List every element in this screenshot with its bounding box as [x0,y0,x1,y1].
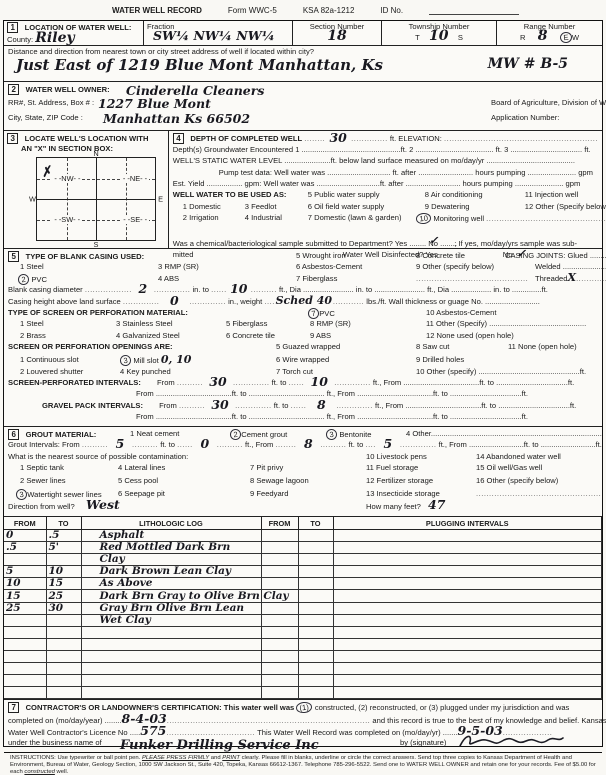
gi-d8: .............. [400,440,437,449]
business-name-value: Funker Drilling Service Inc [120,738,319,753]
screen-opt-6: 6 Concrete tile [226,331,275,340]
cell-to2 [298,663,333,675]
cell-plugging [333,578,602,590]
section4-num: 4 [173,133,184,144]
feet-label: How many feet? [366,502,421,511]
spi-blank-line: From ...................................… [8,389,598,400]
cell-from2 [261,554,298,566]
diam-value2: 10 [230,284,247,293]
spi-from-word: From [157,378,175,387]
table-row: 1525Dark Brn Gray to Olive Brn Clay [4,590,602,602]
township-t: T [415,33,420,42]
gpi-value1: 30 [211,400,228,409]
cell-to [46,626,81,638]
threaded-dots: .............. [576,274,606,283]
section1-location-row: 1 LOCATION OF WATER WELL: County: Riley … [4,21,602,45]
cell-to-value: 25 [49,590,64,602]
cell-to: 25 [46,590,81,602]
cert-line2-dots: ........................................… [167,716,371,725]
section7-num: 7 [8,702,19,713]
casing-opt-5: 5 Wrought iron [296,251,346,260]
cell-from2 [261,663,298,675]
cell-plugging [333,663,602,675]
contam-opt-6: 6 Seepage pit [118,489,165,498]
well-x-mark: ✗ [40,166,53,178]
casing-opt-6: 6 Asbestos-Cement [296,262,362,271]
table-header-row: FROM TO LITHOLOGIC LOG FROM TO PLUGGING … [4,517,602,530]
cell-to: .5 [46,530,81,542]
gi-d5: ........ [275,440,296,449]
grout-opt-2-label: Cement grout [241,430,287,439]
cell-from-value: 0 [6,529,13,541]
use-opt-12: 12 Other (Specify below) [525,202,606,211]
header-to: TO [46,517,81,530]
sample-no-check: ✓ [429,234,438,247]
instructions-p4: well. [55,769,68,775]
cell-plugging [333,530,602,542]
cell-litho-value: Dark Brn Gray to Olive Brn Clay [84,593,289,600]
contam-opt-10: 10 Livestock pens [366,452,427,461]
cell-litho [81,687,261,699]
contam-opt-7: 7 Pit privy [250,463,283,472]
height-d4: ............ [333,297,364,306]
contam-opt-16: 16 Other (specify below) [476,476,558,485]
section-number-value: 18 [327,28,346,44]
table-row [4,663,602,675]
gi-d7: .... [365,440,375,449]
cell-litho-value: Clay [84,556,125,563]
gpi-blank-line: From ...................................… [8,412,598,423]
threaded-x-mark: X [568,271,577,284]
cell-to [46,614,81,626]
diam-value1: 2 [138,284,147,293]
board-line2: Application Number: [491,113,559,122]
grout-opt-3-label: Bentonite [339,430,371,439]
cell-from2 [261,638,298,650]
cell-from2 [261,578,298,590]
cell-to-value: .5 [49,529,60,541]
screen-opt-12: 12 None used (open hole) [426,331,514,340]
form-ksa: KSA 82a-1212 [303,6,355,15]
diam-label: Blank casing diameter [8,285,83,294]
gpi-to-word: ft. to [274,401,289,410]
range-w: W [572,33,579,42]
township-value: 10 [422,31,456,41]
use-opt-9: 9 Dewatering [425,202,470,211]
cell-to2 [298,578,333,590]
cell-litho [81,638,261,650]
cell-plugging [333,638,602,650]
cell-from: 15 [4,590,46,602]
spi-to-word: ft. to [272,378,287,387]
cell-litho-value: Gray Brn Olive Brn Lean [84,605,245,612]
grout-title: GROUT MATERIAL: [26,430,97,439]
cell-from-value: 5 [6,565,13,577]
cell-from: 0 [4,530,46,542]
openings-opt-8: 8 Saw cut [416,342,449,351]
contam-dots: ........................................… [476,489,601,498]
fraction-value: SW¼ NW¼ NW¼ [153,28,275,43]
cell-plugging [333,554,602,566]
screen-opt-7-label: PVC [319,309,335,318]
elevation-dots: ........................................… [444,134,598,143]
cell-plugging [333,602,602,614]
cell-to-value: 15 [49,577,64,589]
compass-n: N [93,149,98,158]
use-opt-10-circled: 10 [415,212,432,225]
table-row: 510Dark Brown Lean Clay [4,566,602,578]
cell-to: 10 [46,566,81,578]
contamination-title: What is the nearest source of possible c… [8,452,188,461]
township-s: S [458,33,463,42]
header-to-2: TO [298,517,333,530]
form-number: Form WWC-5 [228,6,277,15]
casing-opt-2-circled: 2 [17,273,29,285]
cell-litho-value: Asphalt [84,532,145,539]
est-yield-line: Est. Yield ................. gpm: Well w… [173,179,598,190]
static-level-line: WELL'S STATIC WATER LEVEL ..............… [173,156,598,167]
section5-num: 5 [8,251,19,262]
cell-litho: Dark Brown Lean Clay [81,566,261,578]
table-row: 2530Gray Brn Olive Brn Lean [4,602,602,614]
form-title: WATER WELL RECORD [112,6,202,15]
spi-d1: .......... [177,378,203,387]
spi-value1: 30 [209,377,226,386]
screen-opt-2: 2 Brass [20,331,46,340]
cell-litho: Wet Clay [81,614,261,626]
table-row: .55'Red Mottled Dark Brn [4,542,602,554]
cell-litho: As Above [81,578,261,590]
casing-opt-4: 4 ABS [158,274,179,283]
range-r: R [520,33,525,42]
form-sheet: 1 LOCATION OF WATER WELL: County: Riley … [3,20,603,747]
depth-label: DEPTH OF COMPLETED WELL [190,134,302,143]
cell-from-value: 25 [6,602,21,614]
cell-litho: Gray Brn Olive Brn Lean [81,602,261,614]
cell-from [4,554,46,566]
section3-number: 3 [7,133,18,144]
distance-label: Distance and direction from nearest town… [8,47,314,56]
cell-from2 [261,602,298,614]
header-from: FROM [4,517,46,530]
cell-to [46,554,81,566]
openings-opt-3-circled: 3 [119,355,131,367]
distance-value: Just East of 1219 Blue Mont Manhattan, K… [16,56,383,74]
contam-opt-4: 4 Lateral lines [118,463,165,472]
contam-opt-3-circled: 3 [15,489,27,501]
section2-number: 2 [8,84,19,95]
gpi-from-word: From [159,401,177,410]
cert-line3-mid: This Water Well Record was completed on … [257,728,457,737]
cell-from-value: .5 [6,541,17,553]
contam-opt-11: 11 Fuel storage [366,463,418,472]
cell-litho [81,650,261,662]
screen-opt-8: 8 RMP (SR) [310,319,351,328]
cell-litho [81,626,261,638]
use-opt-11: 11 Injection well [525,190,578,199]
gpi-d2: .............. [235,401,272,410]
grout-intervals-label: Grout Intervals: From [8,440,80,449]
cell-from2 [261,687,298,699]
openings-title: SCREEN OR PERFORATION OPENINGS ARE: [8,342,173,351]
section6-grout: 6 GROUT MATERIAL: 1 Neat cement 2Cement … [4,426,602,516]
casing-joints-line1: CASING JOINTS: Glued .......... Clamped … [505,251,606,260]
cell-to2 [298,638,333,650]
depth-after: ft. ELEVATION: [390,134,442,143]
cell-plugging [333,626,602,638]
section3-locate: 3 LOCATE WELL'S LOCATION WITH AN "X" IN … [4,131,169,248]
use-opt-8: 8 Air conditioning [425,190,483,199]
openings-opt-9: 9 Drilled holes [416,355,464,364]
cell-from [4,650,46,662]
cell-litho: Clay [81,554,261,566]
quadrant-sw: - -SW- - [52,215,82,224]
cell-to2 [298,590,333,602]
casing-opt-2-label: PVC [31,275,47,284]
cert-line3-dots: .................................. [166,728,255,737]
cell-to-value: 5' [49,541,60,553]
quadrant-ne: - -NE- - [121,174,149,183]
cell-from: 5 [4,566,46,578]
county-value: Riley [35,30,74,46]
cell-litho [81,675,261,687]
cell-to: 30 [46,602,81,614]
cell-to2 [298,566,333,578]
cell-to-value: 30 [49,602,64,614]
section7-certification: 7 CONTRACTOR'S OR LANDOWNER'S CERTIFICAT… [4,699,602,752]
cell-litho-value: Red Mottled Dark Brn [84,544,231,551]
openings-opt-7: 7 Torch cut [276,367,313,376]
cell-to [46,663,81,675]
gi-post: ft., From ..........................ft. … [439,440,602,449]
cell-from2 [261,626,298,638]
cell-from [4,614,46,626]
height-value: 0 [170,296,179,305]
grout-opt-4: 4 Other.................................… [406,429,602,438]
casing-opt-7: 7 Fiberglass [296,274,337,283]
quadrant-nw: - -NW- - [52,174,82,183]
gpi-post: ft., From ..............................… [375,401,576,410]
cell-from [4,663,46,675]
feet-value: 47 [428,500,445,509]
business-name-label: under the business name of [8,738,102,747]
owner-value: Cinderella Cleaners [126,86,264,95]
use-label: WELL WATER TO BE USED AS: [173,190,287,199]
contam-opt-1: 1 Septic tank [20,463,64,472]
cell-from2 [261,614,298,626]
table-row: Wet Clay [4,614,602,626]
screen-opt-4: 4 Galvanized Steel [116,331,180,340]
casing-joints-threaded: Threaded [535,274,568,283]
instructions-u1: PLEASE PRESS FIRMLY [142,755,209,761]
gi-d1: .......... [82,440,108,449]
screen-opt-10: 10 Asbestos-Cement [426,308,497,317]
pump-test-line: Pump test data: Well water was .........… [173,168,598,179]
cell-to: 5' [46,542,81,554]
openings-opt-6: 6 Wire wrapped [276,355,329,364]
cell-to-value: 10 [49,565,64,577]
contam-opt-12: 12 Fertilizer storage [366,476,433,485]
range-label: Range Number [524,22,576,31]
screen-opt-11: 11 Other (Specify) .....................… [426,319,586,328]
contam-opt-9: 9 Feedyard [250,489,288,498]
cell-plugging [333,650,602,662]
use-opt-5: 5 Public water supply [308,190,380,199]
contam-opt-2: 2 Sewer lines [20,476,66,485]
form-id-label: ID No. [380,6,403,15]
use-opt-3: 3 Feedlot [245,202,277,211]
contam-opt-8: 8 Sewage lagoon [250,476,309,485]
cell-from [4,687,46,699]
city-value: Manhattan Ks 66502 [103,114,250,123]
section-box: N S W E - -NW- - - -NE- - - -SW- - - -SE… [36,157,156,241]
screen-title: TYPE OF SCREEN OR PERFORATION MATERIAL: [8,308,188,317]
use-opt-2: 2 Irrigation [183,213,219,222]
grout-value1: 5 [116,439,125,448]
spi-post: ft., From ..............................… [373,378,574,387]
casing-opt-9: 9 Other (specify below) [416,262,494,271]
height-mid: in., weight [228,297,262,306]
instructions-u3: constructed [24,769,54,775]
instructions-p1: INSTRUCTIONS: Use typewriter or ball poi… [10,755,142,761]
openings-opt-10: 10 Other (specify) .....................… [416,367,586,376]
spi-d2: .............. [233,378,270,387]
cell-from: 25 [4,602,46,614]
openings-opt-4: 4 Key punched [120,367,171,376]
quadrant-se: - -SE- - [121,215,149,224]
openings-opt-11: 11 None (open hole) [508,342,577,351]
cell-from [4,675,46,687]
cell-to2 [298,530,333,542]
cell-to [46,650,81,662]
casing-opt-8: 8 Concrete tile [416,251,465,260]
gi-d3: ...... [177,440,193,449]
gi-d4: .......... [217,440,243,449]
cell-from2 [261,675,298,687]
height-post: lbs./ft. Wall thickness or guage No. ...… [366,297,540,306]
spi-d4: .............. [334,378,371,387]
section1-number: 1 [7,22,18,33]
cell-plugging [333,566,602,578]
instructions-box: INSTRUCTIONS: Use typewriter or ball poi… [4,752,602,775]
diam-d1: .................. [85,285,132,294]
openings-opt-2: 2 Louvered shutter [20,367,83,376]
screen-opt-5: 5 Fiberglass [226,319,267,328]
table-row [4,687,602,699]
address-value: 1227 Blue Mont [98,99,211,108]
county-label: County: [7,35,33,44]
section6-num: 6 [8,429,19,440]
casing-opt-3: 3 RMP (SR) [158,262,199,271]
cell-to2 [298,687,333,699]
use-opt-4: 4 Industrial [245,213,282,222]
cell-to2 [298,602,333,614]
header-lithologic-log: LITHOLOGIC LOG [81,517,261,530]
table-row [4,626,602,638]
cell-litho: Asphalt [81,530,261,542]
spi-value2: 10 [311,377,328,386]
cell-from: 10 [4,578,46,590]
well-id-value: MW # B-5 [488,56,568,72]
screen-opt-3: 3 Stainless Steel [116,319,173,328]
water-well-record-form: WATER WELL RECORD Form WWC-5 KSA 82a-121… [0,0,606,775]
section2-title: WATER WELL OWNER: [26,85,110,94]
use-opt-6: 6 Oil field water supply [308,202,384,211]
direction-label: Direction from well? [8,502,75,511]
cell-plugging [333,687,602,699]
sample-question: Was a chemical/bacteriological sample su… [173,239,457,248]
openings-opt-3-label: Mill slot [133,356,158,365]
gpi-label: GRAVEL PACK INTERVALS: [42,401,143,410]
contam-opt-14: 14 Abandoned water well [476,452,561,461]
depth-dots2: .............. [351,134,388,143]
cell-to [46,687,81,699]
section5-casing: 5 TYPE OF BLANK CASING USED: 5 Wrought i… [4,248,602,426]
compass-midline-h [37,199,155,200]
gi-m2: ft., From [245,440,273,449]
cell-litho-value: Wet Clay [84,617,151,624]
depth-dots1: ........ [304,134,325,143]
city-label: City, State, ZIP Code : [8,113,83,122]
table-row: 1015As Above [4,578,602,590]
cell-from-value: 15 [6,590,21,602]
diam-mid: in. to [193,285,209,294]
gi-m3: ft. to [349,440,364,449]
gi-d6: .......... [320,440,346,449]
compass-e: E [158,195,163,204]
groundwater-line: Depth(s) Groundwater Encountered 1 .....… [173,145,598,156]
grout-opt-1: 1 Neat cement [130,429,179,438]
cert-opt-1-circled: (1) [296,701,313,714]
cell-plugging [333,614,602,626]
height-d1: .............. [123,297,160,306]
openings-opt-5: 5 Guazed wrapped [276,342,340,351]
cell-plugging [333,675,602,687]
licence-number: 575 [140,723,166,738]
cell-litho-value: Dark Brown Lean Clay [84,568,232,575]
cell-from: .5 [4,542,46,554]
board-line1: Board of Agriculture, Division of Water … [491,98,606,107]
cell-litho [81,663,261,675]
screen-opt-1: 1 Steel [20,319,44,328]
table-row: 0.5Asphalt [4,530,602,542]
compass-s: S [94,240,99,249]
contam-opt-15: 15 Oil well/Gas well [476,463,542,472]
cell-from2 [261,650,298,662]
diam-d3: ...... [211,285,227,294]
cell-from2 [261,542,298,554]
gpi-d1: .......... [179,401,205,410]
cert-line1-post: constructed, (2) reconstructed, or (3) p… [315,703,570,712]
address-label: RR#, St. Address, Box # : [8,98,94,107]
height-d3: .... [264,297,274,306]
cert-line2-pre: completed on (mo/day/year) ........ [8,716,122,725]
contractor-signature [456,732,566,750]
diam-d4: .......... [251,285,277,294]
cell-to2 [298,626,333,638]
use-opt-7: 7 Domestic (lawn & garden) [308,213,402,222]
gi-m1: ft. to [160,440,175,449]
height-label: Casing height above land surface [8,297,121,306]
lithologic-table-body: 0.5Asphalt.55'Red Mottled Dark BrnClay51… [4,530,602,699]
direction-value: West [86,500,120,509]
screen-opt-7-circled: 7 [307,307,319,319]
section3-title-line1: LOCATE WELL'S LOCATION WITH [25,134,149,143]
table-row [4,650,602,662]
use-opt-10-label: Monitoring well [433,214,484,223]
form-title-bar: WATER WELL RECORD Form WWC-5 KSA 82a-121… [0,0,606,17]
grout-opt-3-circled: 3 [325,428,337,440]
